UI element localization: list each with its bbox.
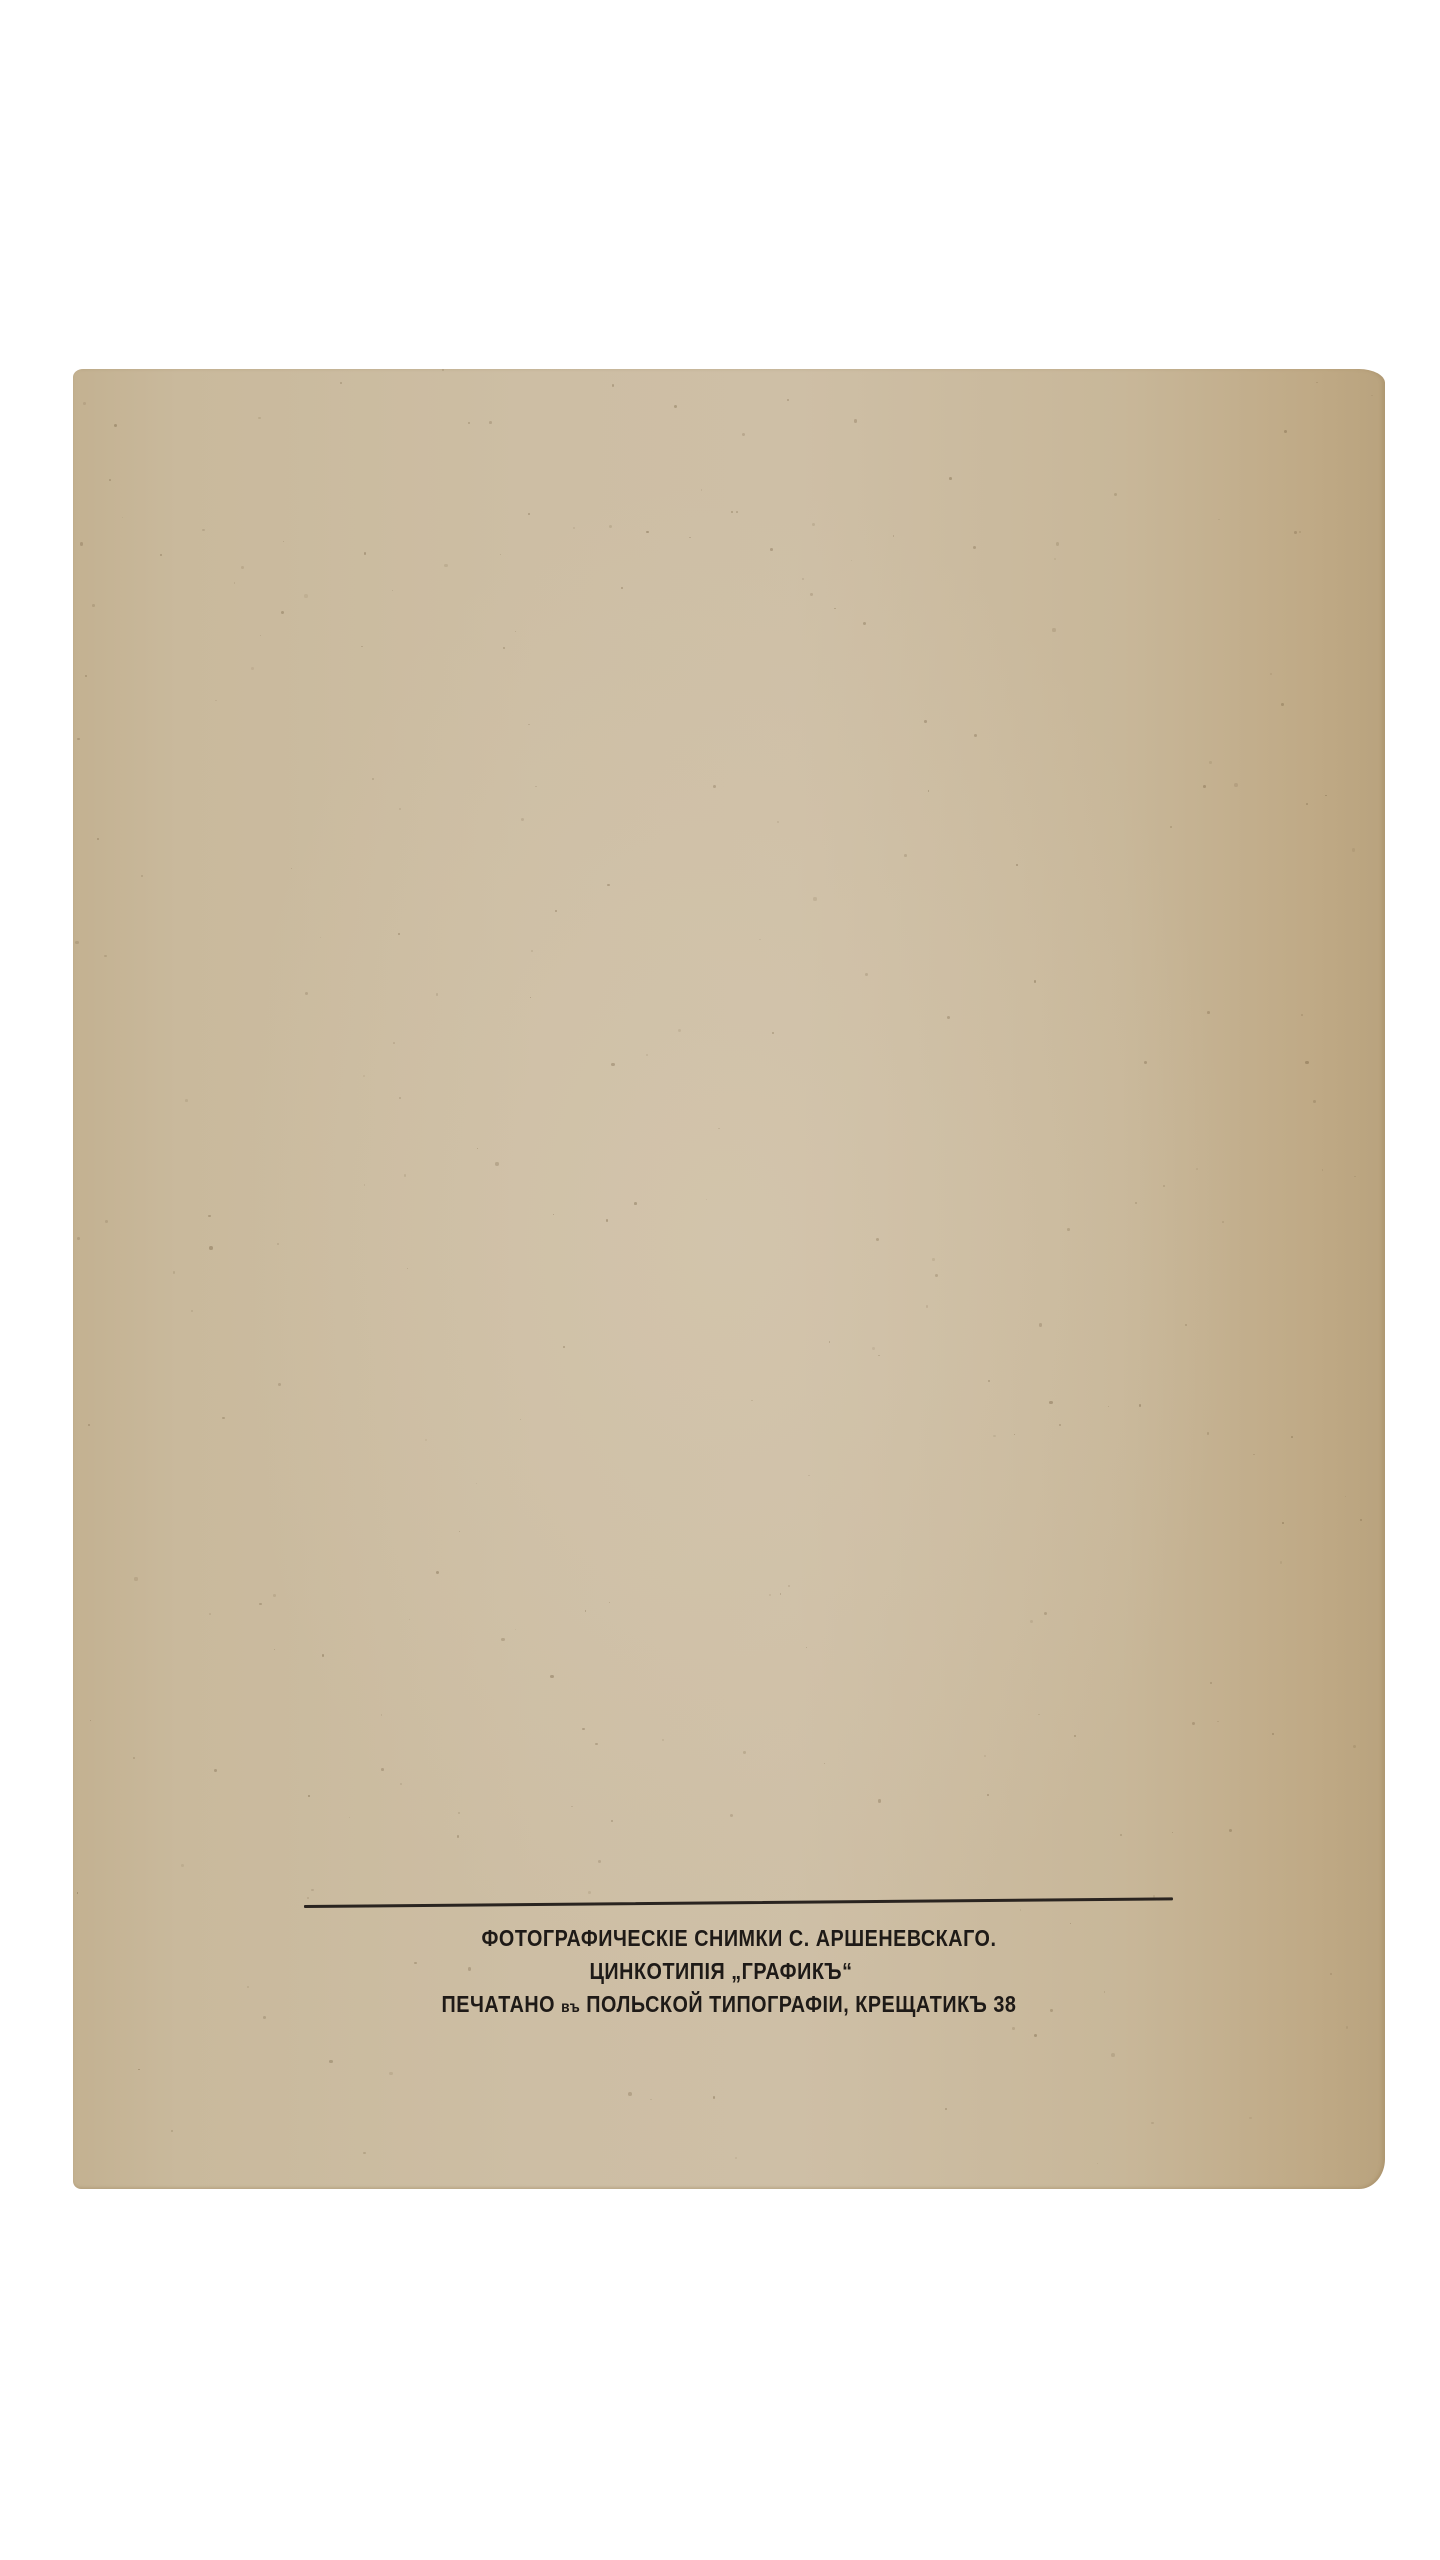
imprint-suffix: ПОЛЬСКОЙ ТИПОГРАФІИ, КРЕЩАТИКЪ 38 <box>580 1991 1016 2017</box>
imprint-prefix: ПЕЧАТАНО <box>442 1991 562 2017</box>
book-back-cover: ФОТОГРАФИЧЕСКІЕ СНИМКИ С. АРШЕНЕВСКАГО. … <box>73 369 1385 2189</box>
imprint-line-printing: ПЕЧАТАНО въ ПОЛЬСКОЙ ТИПОГРАФІИ, КРЕЩАТИ… <box>165 1991 1293 2018</box>
printer-imprint: ФОТОГРАФИЧЕСКІЕ СНИМКИ С. АРШЕНЕВСКАГО. … <box>73 369 1385 2189</box>
imprint-line-zincography: ЦИНКОТИПІЯ „ГРАФИКЪ“ <box>157 1958 1285 1985</box>
horizontal-rule <box>304 1897 1173 1908</box>
imprint-line-photographs: ФОТОГРАФИЧЕСКІЕ СНИМКИ С. АРШЕНЕВСКАГО. <box>175 1925 1303 1952</box>
imprint-preposition: въ <box>561 1999 580 2016</box>
